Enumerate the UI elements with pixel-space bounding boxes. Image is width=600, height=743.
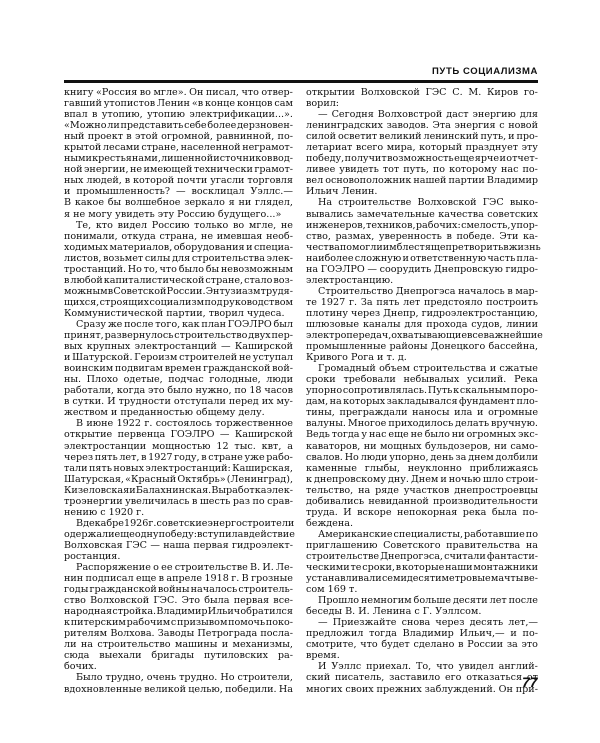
text-line: «Можнолипредставитьсебеболеедерзновен- (64, 120, 293, 131)
text-line: годыгражданскойвойныначалосьстроитель- (64, 584, 293, 595)
text-line: тины,преграждалинаносыилаиогромные (306, 407, 538, 418)
text-line: предложилтогдаВладимирИльич,—ипо- (306, 628, 538, 639)
text-line: ческимитесроки,вкоторыенашимонтажники (306, 562, 538, 573)
text-line: Былотрудно,оченьтрудно.Ностроители, (64, 672, 293, 683)
text-line: инженеров,техников,рабочих:смелость,упор… (306, 220, 538, 231)
text-line: добивалисьневиданнойпроизводительности (306, 496, 538, 507)
text-line: талипятьновыхэлектростанций:Каширская, (64, 463, 293, 474)
text-line: Вкакоебыволшебноезеркалояниглядел, (64, 197, 293, 208)
text-line: наиболеесложнуюиответственнуючастьпла- (306, 253, 538, 264)
text-line: победу,получитвозможностьещеярчеиотчет- (306, 153, 538, 164)
text-line: тельство,нарядеучастковднепростроевцы (306, 485, 538, 496)
text-line: Те,ктовиделРоссиютольковомгле,не (64, 220, 293, 231)
text-line: крытойлесамистране,населеннойнеграмот- (64, 142, 293, 153)
text-line: ВолховскаяГЭС—нашаперваягидроэлект- (64, 540, 293, 551)
text-line: ростанция. (64, 551, 293, 562)
text-line: открытииВолховскойГЭСС.М.Кировго- (306, 87, 538, 98)
text-line: Кривого Рога и т. д. (306, 352, 538, 363)
text-line: электростанцию. (306, 275, 538, 286)
text-line: принят,развернулосьстроительстводвухпер- (64, 330, 293, 341)
text-line: тростанций.Ното,чтобылобыневозможным (64, 264, 293, 275)
text-line: книгу«Россиявомгле».Онписал,чтоотвер- (64, 87, 293, 98)
text-line: кднепровскомудну.Днеминочьюшлострои- (306, 474, 538, 485)
text-line: ленинградскихзаводов.Этаэнергиясновой (306, 120, 538, 131)
text-line: те1927г.Запятьлетпредстоялопостроить (306, 297, 538, 308)
text-line: сом 169 т. (306, 584, 538, 595)
text-line: свалов.Нолюдиупорно,деньзаднемдолбили (306, 452, 538, 463)
text-line: ипромышленность?—восклицалУэллс.— (64, 186, 293, 197)
text-line: черезпятьлет,в1927году,встранеужерабо- (64, 452, 293, 463)
text-line: шлюзовыеканалыдляпроходасудов,линии (306, 319, 538, 330)
text-line: ливееувидетьтотпуть,покоторомунаспо- (306, 164, 538, 175)
text-line: РаспоряжениеоеестроительствеВ.И.Ле- (64, 562, 293, 573)
text-line: устанавливалисемидесятиметровыемачтыве- (306, 573, 538, 584)
header-rule (64, 80, 538, 83)
text-line: —Приезжайтесновачерездесятьлет,— (306, 617, 538, 628)
text-line: листов,возьметсилыдлястроительстваэлек- (64, 253, 293, 264)
text-line: велосновоположникнашейпартииВладимир (306, 175, 538, 186)
text-line: ИУэллсприехал.То,чтоувиделанглий- (306, 661, 538, 672)
text-line: силойосветитвеликийленинскийпуть,ипро- (306, 131, 538, 142)
text-line: кпитерскимрабочимспризывомпомочьпоко- (64, 617, 293, 628)
text-line: валуны.Многоеприходилосьделатьвручную. (306, 418, 538, 429)
text-line: Прошлонемногимбольшедесятилетпосле (306, 595, 538, 606)
text-line: нению с 1920 г. (64, 507, 293, 518)
text-line: линастроительствомашиныимеханизмы, (64, 639, 293, 650)
text-line: понимали,откудастрана,неимевшаянеоб- (64, 231, 293, 242)
text-line: скийписатель,заставилоегоотказатьсяот (306, 672, 538, 683)
text-line: чествапомоглиимблестящепретворитьвжизнь (306, 242, 538, 253)
text-line: ныхлюдей,вкоторойпочтиугаслиторговля (64, 175, 293, 186)
text-line: Ведьтогдаунасещенебылониогромныхэкс- (306, 429, 538, 440)
text-line: ство,размах,уверенностьвпобеде.Этика- (306, 231, 538, 242)
text-line: народнаястройка.ВладимирИльичобратился (64, 606, 293, 617)
text-line: одержалиещеоднупобеду:вступилавдействие (64, 529, 293, 540)
text-line: летариатвсегомира,которыйпразднуетэту (306, 142, 538, 153)
text-line: беседы В. И. Ленина с Г. Уэллсом. (306, 606, 538, 617)
text-line: приглашениюСоветскогоправительствана (306, 540, 538, 551)
text-line: многихсвоихпрежнихзаблуждений.Онпри- (306, 684, 538, 695)
text-line: Американскиеспециалисты,работавшиепо (306, 529, 538, 540)
page-number: 77 (522, 674, 538, 690)
text-line: Виюне1922г.состоялосьторжественное (64, 418, 293, 429)
text-line: время. (306, 650, 538, 661)
text-line: смотрите,чтобудетсделановРоссиизаэто (306, 639, 538, 650)
text-line: нинподписалещевапреле1918г.Вгрозные (64, 573, 293, 584)
text-line: щихся,строящихсоциализмподруководством (64, 297, 293, 308)
text-line: плотинучерезДнепр,гидроэлектростанцию, (306, 308, 538, 319)
text-line: ходимыхматериалов,оборудованияиспециа- (64, 242, 293, 253)
text-line: беждена. (306, 518, 538, 529)
running-head: ПУТЬ СОЦИАЛИЗМА (432, 66, 538, 77)
text-line: можнымвСоветскойРоссии.Энтузиазмтрудя- (64, 286, 293, 297)
text-line: труда.Ивскоренепокорнаярекабылапо- (306, 507, 538, 518)
text-line: рителямВолхова.ЗаводыПетроградапосла- (64, 628, 293, 639)
text-line: иШатурской.Героизмстроителейнеуступал (64, 352, 293, 363)
text-line: наГОЭЛРО—соорудитьДнепровскуюгидро- (306, 264, 538, 275)
text-line: гавшийутопистовЛенин«вконцеконцовсам (64, 98, 293, 109)
text-line: дам,накоторыхзакладывалсяфундаментпло- (306, 396, 538, 407)
text-line: строительствеДнепрогэса,считалифантасти- (306, 551, 538, 562)
text-line: электростанциимощностью12тыс.квт,а (64, 441, 293, 452)
text-line: ны.Плохоодетые,подчасголодные,люди (64, 374, 293, 385)
text-line: Сразужепослетого,какпланГОЭЛРОбыл (64, 319, 293, 330)
text-line: Ильич Ленин. (306, 186, 538, 197)
text-column-left: книгу«Россиявомгле».Онписал,чтоотвер-гав… (64, 87, 293, 695)
text-line: выхкрупныхэлектростанций—Каширской (64, 341, 293, 352)
text-line: воинскимподвигамвременгражданскойвой- (64, 363, 293, 374)
text-line: Шатурская,«КрасныйОктябрь»(Ленинград), (64, 474, 293, 485)
text-line: сюдавыехалибригадыпутиловскихра- (64, 650, 293, 661)
text-line: электропередач,охватывающиевсеважнейшие (306, 330, 538, 341)
text-line: СтроительствоДнепрогэсаначалосьвмар- (306, 286, 538, 297)
text-line: троэнергииувеличиласьвшестьразпосрав- (64, 496, 293, 507)
text-line: каменныеглыбы,неуклонноприближаясь (306, 463, 538, 474)
text-line: я не могу увидеть эту Россию будущего...… (64, 209, 293, 220)
text-line: ворил: (306, 98, 538, 109)
text-line: нойэнергии,неимеющейтехническиграмот- (64, 164, 293, 175)
text-line: работали,когдаэтобылонужно,по18часов (64, 385, 293, 396)
text-line: каваторов,нимощныхбульдозеров,нисамо- (306, 441, 538, 452)
text-line: ствоВолховскойГЭС.Этобылаперваявсе- (64, 595, 293, 606)
text-line: КизеловскаяиБалахнинская.Выработкаэлек- (64, 485, 293, 496)
text-line: всутки.Итрудностиотступалипередихму- (64, 396, 293, 407)
text-line: Коммунистической партии, творил чудеса. (64, 308, 293, 319)
text-line: впалвутопию,утопиюэлектрификации...». (64, 109, 293, 120)
text-column-right: открытииВолховскойГЭСС.М.Кировго-ворил:—… (306, 87, 538, 695)
text-line: срокитребовалинебывалыхусилий.Река (306, 374, 538, 385)
text-line: Громадныйобъемстроительстваисжатые (306, 363, 538, 374)
text-line: —СегодняВолховстройдастэнергиюдля (306, 109, 538, 120)
text-line: ныйпроектвэтойогромной,равнинной,по- (64, 131, 293, 142)
text-line: жеством и преданностью общему делу. (64, 407, 293, 418)
text-line: вывалисьзамечательныекачествасоветских (306, 209, 538, 220)
text-line: промышленныерайоныДонецкогобассейна, (306, 341, 538, 352)
text-line: открытиепервенцаГОЭЛРО—Каширской (64, 429, 293, 440)
text-line: Вдекабре1926г.советскиеэнергостроители (64, 518, 293, 529)
text-line: бочих. (64, 661, 293, 672)
text-line: НастроительствеВолховскойГЭСвыко- (306, 197, 538, 208)
text-line: упорносопротивлялась.Путькскальнымпоро- (306, 385, 538, 396)
text-line: нымикрестьянами,лишеннойисточниковвод- (64, 153, 293, 164)
text-line: влюбойкапиталистическойстране,сталовоз- (64, 275, 293, 286)
text-line: вдохновленныевеликойцелью,победили.На (64, 684, 293, 695)
